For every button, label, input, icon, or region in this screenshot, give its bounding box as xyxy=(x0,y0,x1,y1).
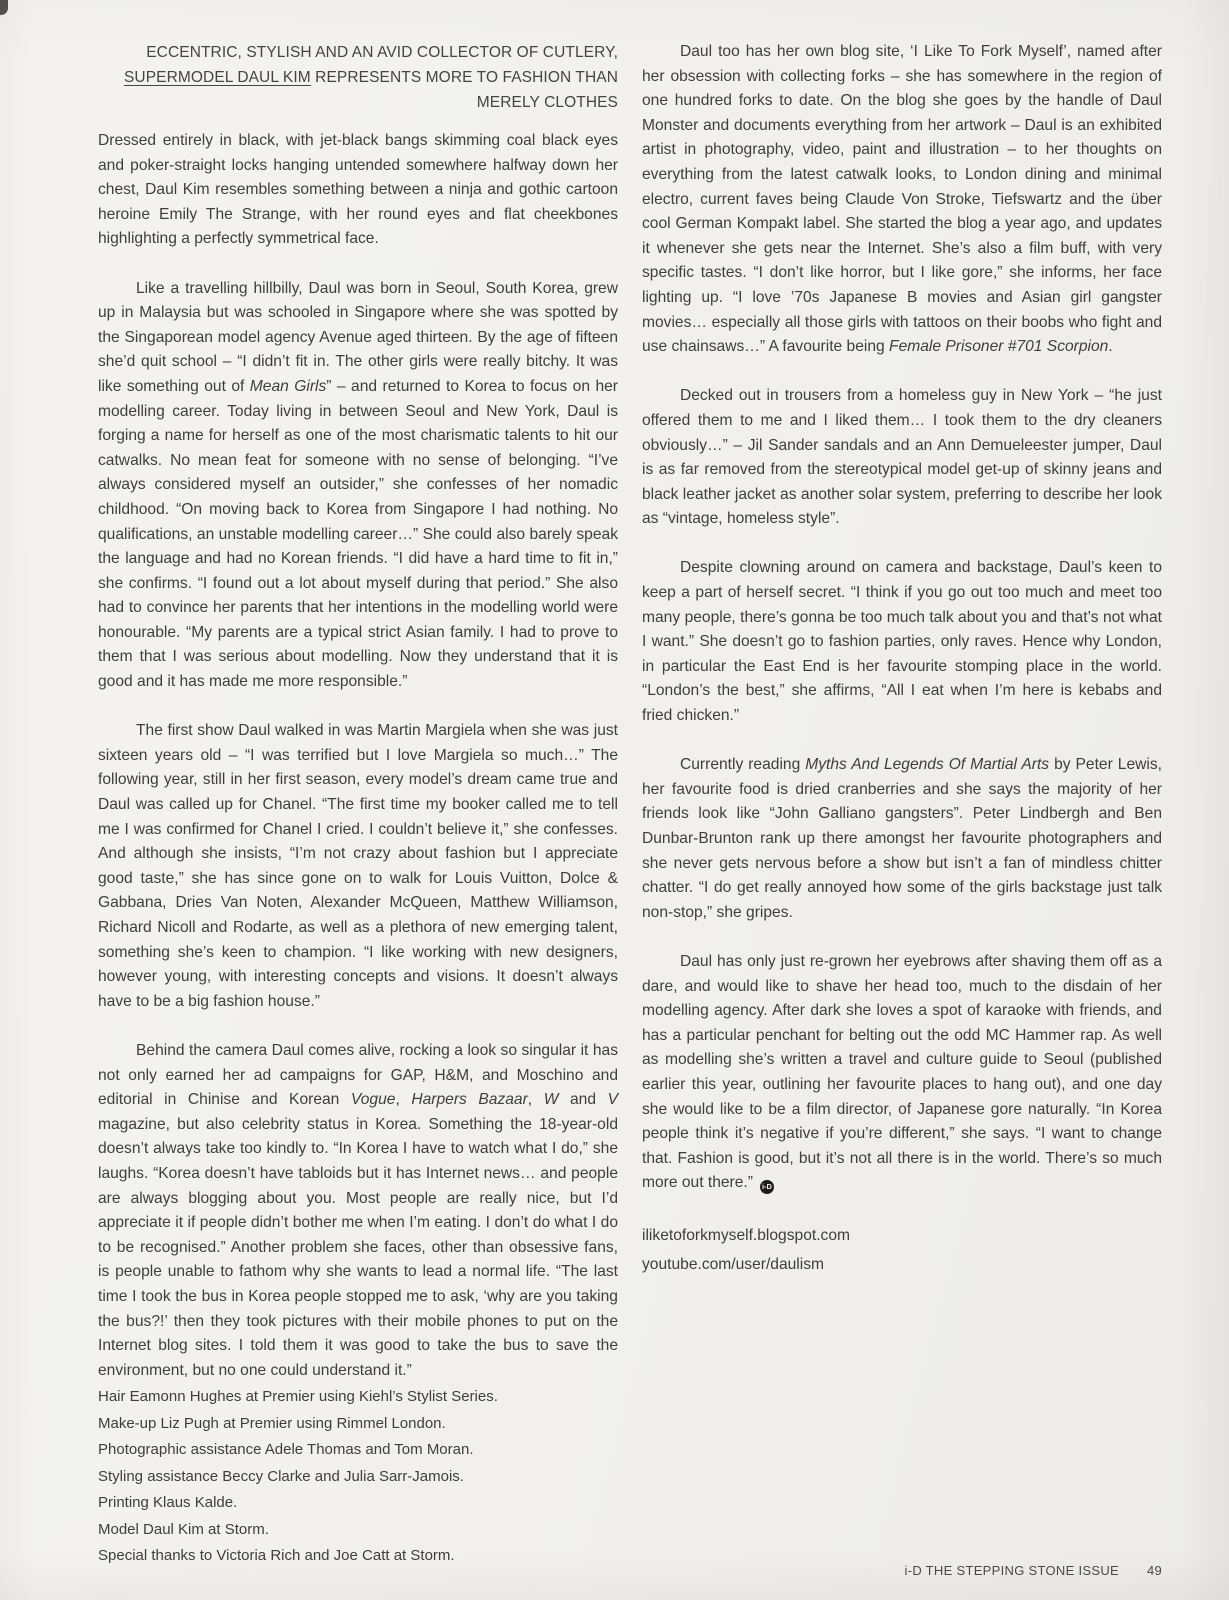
italic-text-run: Myths And Legends Of Martial Arts xyxy=(805,756,1049,773)
standfirst-line1: ECCENTRIC, STYLISH AND AN AVID COLLECTOR… xyxy=(98,40,618,65)
url-line: iliketoforkmyself.blogspot.com xyxy=(642,1221,1162,1250)
standfirst-line3-text: MERELY CLOTHES xyxy=(477,94,618,111)
paragraph: Currently reading Myths And Legends Of M… xyxy=(642,753,1162,925)
scan-artifact-mark xyxy=(0,0,8,15)
credits-block: Hair Eamonn Hughes at Premier using Kieh… xyxy=(98,1384,498,1570)
text-run: , xyxy=(528,1091,544,1108)
text-run: Decked out in trousers from a homeless g… xyxy=(642,387,1162,527)
text-run: ” – and returned to Korea to focus on he… xyxy=(98,378,618,690)
paragraph: Daul has only just re-grown her eyebrows… xyxy=(642,950,1162,1196)
left-column: ECCENTRIC, STYLISH AND AN AVID COLLECTOR… xyxy=(98,40,618,1408)
italic-text-run: Mean Girls xyxy=(250,378,327,395)
paragraph: The first show Daul walked in was Martin… xyxy=(98,719,618,1014)
credit-line: Make-up Liz Pugh at Premier using Rimmel… xyxy=(98,1411,498,1438)
paragraph: Daul too has her own blog site, ‘I Like … xyxy=(642,40,1162,360)
text-run: and xyxy=(558,1091,607,1108)
blog-links: iliketoforkmyself.blogspot.comyoutube.co… xyxy=(642,1221,1162,1279)
article-body: ECCENTRIC, STYLISH AND AN AVID COLLECTOR… xyxy=(98,40,1162,1408)
italic-text-run: Vogue xyxy=(351,1091,396,1108)
credit-line: Special thanks to Victoria Rich and Joe … xyxy=(98,1543,498,1570)
paragraph: Decked out in trousers from a homeless g… xyxy=(642,384,1162,532)
text-run: Daul has only just re-grown her eyebrows… xyxy=(642,953,1162,1191)
standfirst-line3: MERELY CLOTHES xyxy=(98,90,618,115)
italic-text-run: V xyxy=(608,1091,618,1108)
page-footer: i-D THE STEPPING STONE ISSUE 49 xyxy=(905,1563,1163,1578)
credit-line: Printing Klaus Kalde. xyxy=(98,1490,498,1517)
credit-line: Photographic assistance Adele Thomas and… xyxy=(98,1437,498,1464)
right-column-paragraphs: Daul too has her own blog site, ‘I Like … xyxy=(642,40,1162,1196)
text-run: The first show Daul walked in was Martin… xyxy=(98,722,618,1010)
text-run: , xyxy=(395,1091,411,1108)
paragraph: Despite clowning around on camera and ba… xyxy=(642,556,1162,728)
page-number: 49 xyxy=(1147,1563,1162,1578)
paragraph: Dressed entirely in black, with jet-blac… xyxy=(98,129,618,252)
text-run: magazine, but also celebrity status in K… xyxy=(98,1116,618,1379)
italic-text-run: Female Prisoner #701 Scorpion xyxy=(889,338,1108,355)
standfirst-line2: SUPERMODEL DAUL KIM REPRESENTS MORE TO F… xyxy=(98,65,618,90)
italic-text-run: W xyxy=(544,1091,559,1108)
paragraph: Behind the camera Daul comes alive, rock… xyxy=(98,1039,618,1383)
url-line: youtube.com/user/daulism xyxy=(642,1250,1162,1279)
standfirst: ECCENTRIC, STYLISH AND AN AVID COLLECTOR… xyxy=(98,40,618,115)
footer-issue-title: i-D THE STEPPING STONE ISSUE xyxy=(905,1563,1120,1578)
i-d-end-mark-icon: i-D xyxy=(760,1180,774,1194)
credit-line: Styling assistance Beccy Clarke and Juli… xyxy=(98,1464,498,1491)
italic-text-run: Harpers Bazaar xyxy=(411,1091,527,1108)
text-run: Currently reading xyxy=(680,756,805,773)
text-run: Dressed entirely in black, with jet-blac… xyxy=(98,132,618,247)
text-run: Daul too has her own blog site, ‘I Like … xyxy=(642,43,1162,355)
standfirst-line1-text: ECCENTRIC, STYLISH AND AN AVID COLLECTOR… xyxy=(146,44,618,61)
credit-line: Model Daul Kim at Storm. xyxy=(98,1517,498,1544)
text-run: . xyxy=(1108,338,1112,355)
left-column-paragraphs: Dressed entirely in black, with jet-blac… xyxy=(98,129,618,1383)
credit-line: Hair Eamonn Hughes at Premier using Kieh… xyxy=(98,1384,498,1411)
text-run: Despite clowning around on camera and ba… xyxy=(642,559,1162,724)
standfirst-daul-kim-underlined: SUPERMODEL DAUL KIM xyxy=(124,69,311,86)
text-run: by Peter Lewis, her favourite food is dr… xyxy=(642,756,1162,921)
paragraph: Like a travelling hillbilly, Daul was bo… xyxy=(98,277,618,695)
right-column: Daul too has her own blog site, ‘I Like … xyxy=(642,40,1162,1408)
standfirst-line2-rest: REPRESENTS MORE TO FASHION THAN xyxy=(311,69,618,86)
